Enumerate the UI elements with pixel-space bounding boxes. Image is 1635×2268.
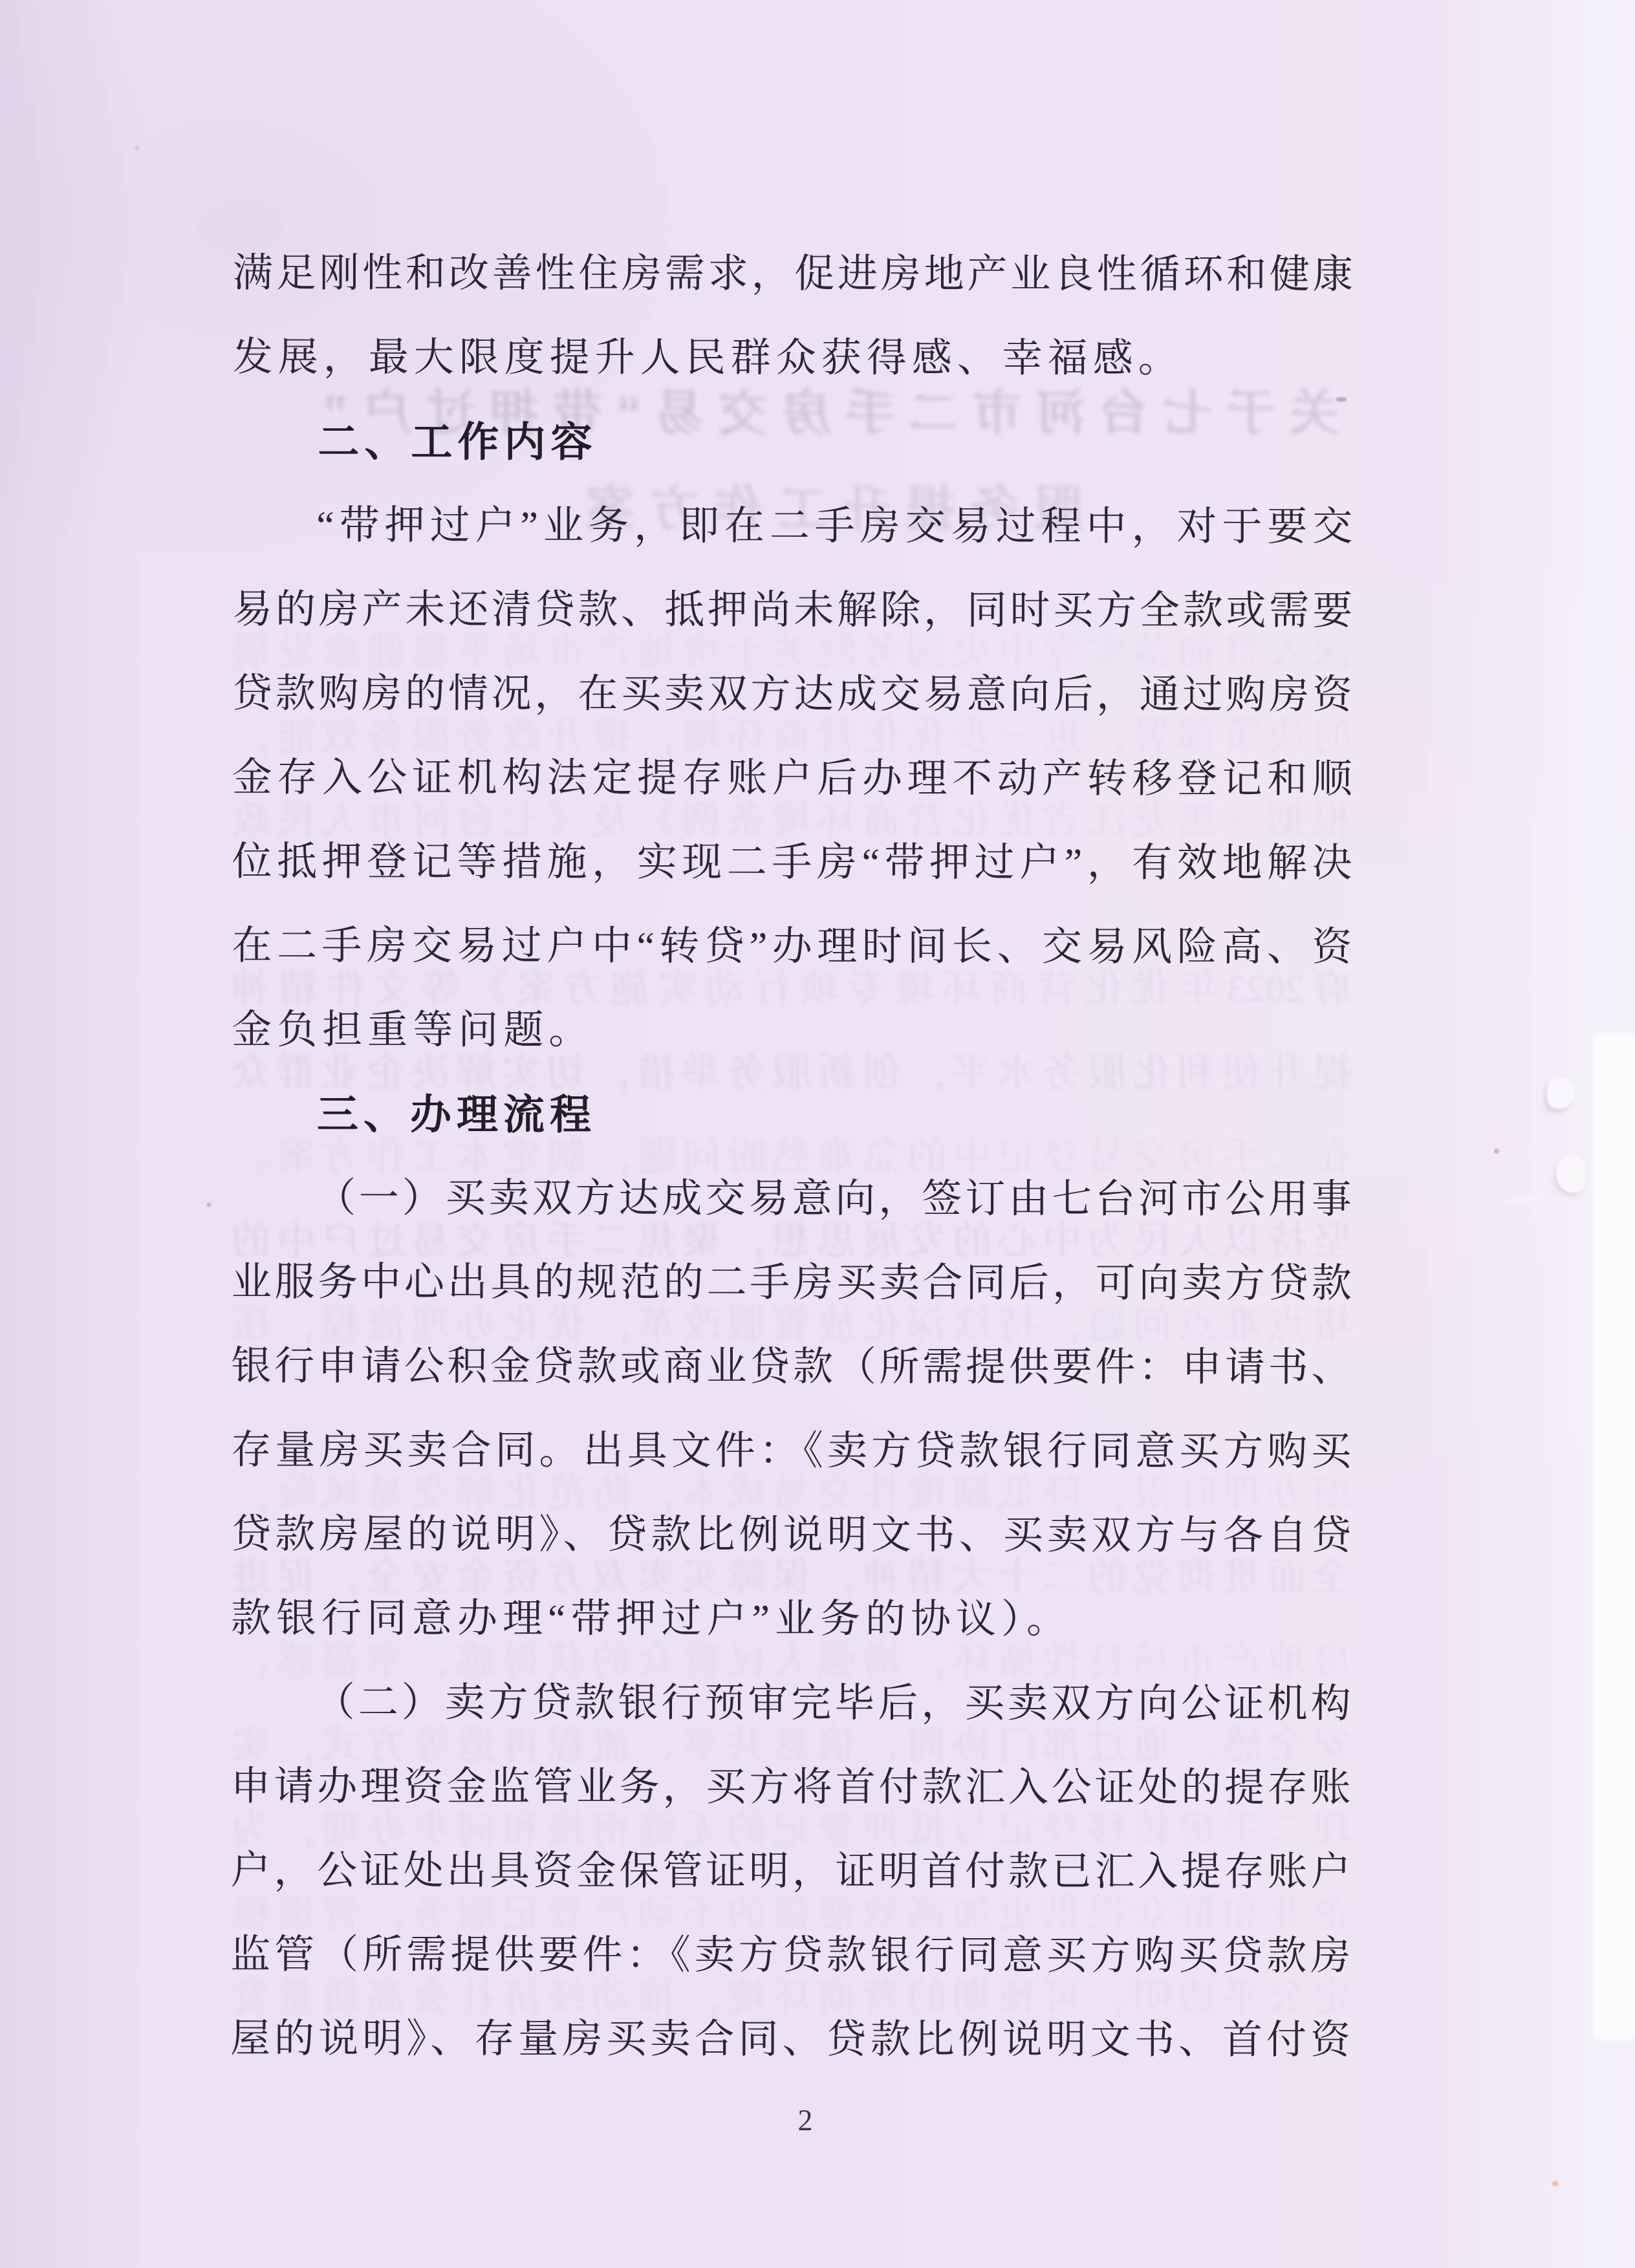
text-line: 贷款房屋的说明》、贷款比例说明文书、买卖双方与各自贷 xyxy=(231,1493,1351,1578)
text-line: （一）买卖双方达成交易意向，签订由七台河市公用事 xyxy=(232,1156,1352,1242)
paper-speck xyxy=(1552,2181,1558,2187)
text-line: 存量房买卖合同。出具文件：《卖方贷款银行同意买方购买 xyxy=(231,1409,1351,1494)
text-line: 屋的说明》、存量房买卖合同、贷款比例说明文书、首付资 xyxy=(230,1997,1350,2082)
paper-edge-strip xyxy=(1592,1032,1635,2041)
paper-speck xyxy=(1494,1149,1499,1154)
paper-crease xyxy=(1502,1195,1543,1205)
paper-blemish xyxy=(1547,1077,1574,1108)
text-line: 申请办理资金监管业务，买方将首付款汇入公证处的提存账 xyxy=(231,1745,1351,1830)
text-line: 银行申请公积金贷款或商业贷款（所需提供要件：申请书、 xyxy=(231,1324,1351,1410)
text-line: 发展，最大限度提升人民群众获得感、幸福感。 xyxy=(233,316,1353,401)
paper-blemish xyxy=(1556,1156,1586,1193)
scanned-page: 关于七台河市二手房交易“带押过户”服务提升工作方案深入贯彻落实党中央国务院关于房… xyxy=(0,0,1635,2268)
paper-speck xyxy=(1336,397,1347,402)
text-line: 户，公证处出具资金保管证明，证明首付款已汇入提存账户 xyxy=(230,1829,1350,1914)
text-line: 业服务中心出具的规范的二手房买卖合同后，可向卖方贷款 xyxy=(232,1240,1352,1326)
text-line: 贷款购房的情况，在买卖双方达成交易意向后，通过购房资 xyxy=(232,652,1352,737)
paper-speck xyxy=(207,1203,211,1207)
text-line: 金存入公证机构法定提存账户后办理不动产转移登记和顺 xyxy=(232,736,1352,821)
text-line: 款银行同意办理“带押过户”业务的协议）。 xyxy=(231,1577,1351,1662)
text-line: （二）卖方贷款银行预审完毕后，买卖双方向公证机构 xyxy=(231,1661,1351,1746)
page-number: 2 xyxy=(779,2103,831,2137)
text-lines: 满足刚性和改善性住房需求，促进房地产业良性循环和健康发展，最大限度提升人民群众获… xyxy=(230,232,1353,2082)
text-line: “带押过户”业务，即在二手房交易过程中，对于要交 xyxy=(232,484,1352,569)
text-line: 在二手房交易过户中“转贷”办理时间长、交易风险高、资 xyxy=(232,904,1352,989)
paper-speck xyxy=(135,146,139,151)
text-line: 易的房产未还清贷款、抵押尚未解除，同时买方全款或需要 xyxy=(232,568,1352,653)
text-line: 金负担重等问题。 xyxy=(232,988,1352,1074)
text-line: 位抵押登记等措施，实现二手房“带押过户”，有效地解决 xyxy=(232,820,1352,905)
section-heading: 三、办理流程 xyxy=(232,1072,1352,1158)
text-line: 满足刚性和改善性住房需求，促进房地产业良性循环和健康 xyxy=(233,232,1353,317)
section-heading: 二、工作内容 xyxy=(232,400,1352,485)
text-line: 监管（所需提供要件：《卖方贷款银行同意买方购买贷款房 xyxy=(230,1913,1350,1998)
